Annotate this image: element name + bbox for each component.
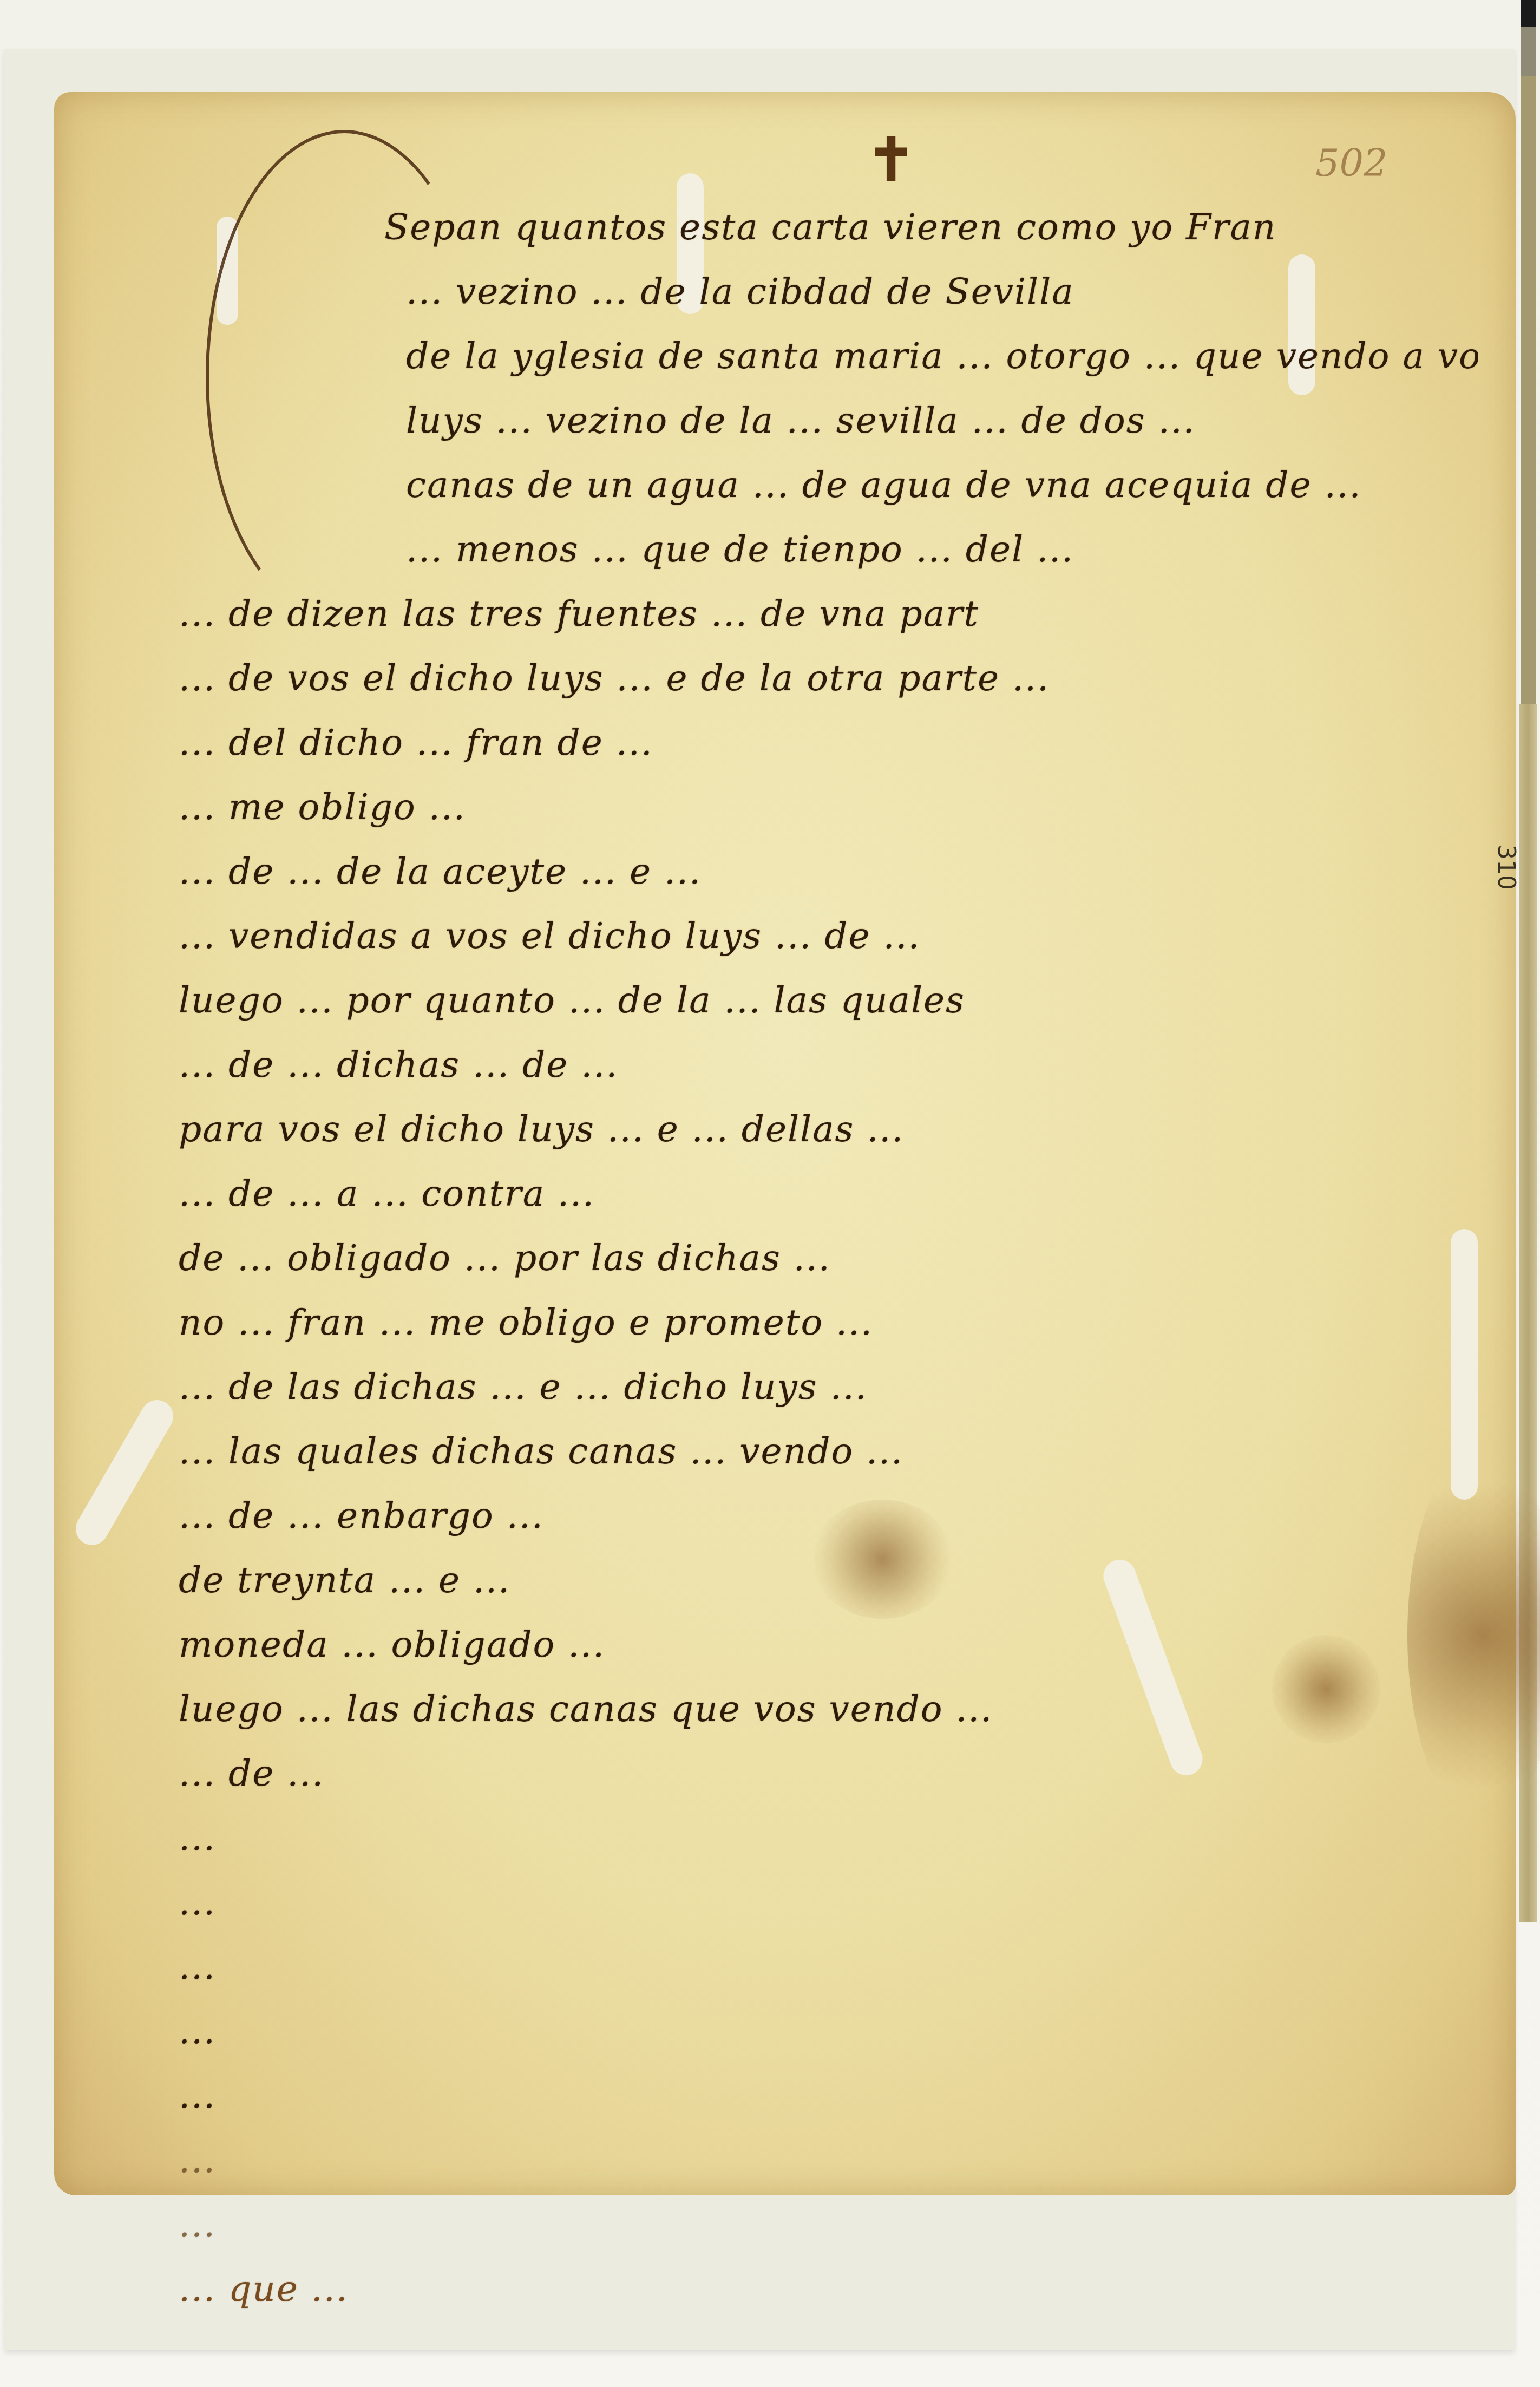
- folio-mark-top: 502: [1315, 141, 1388, 185]
- ms-line: ... de ... de la aceyte ... e ...: [179, 839, 1478, 904]
- ms-line: luego ... las dichas canas que vos vendo…: [179, 1677, 1478, 1741]
- ms-line: ... de ... enbargo ...: [179, 1483, 1478, 1548]
- ms-line: ...: [179, 1999, 1478, 2063]
- ms-line: luys ... vezino de la ... sevilla ... de…: [179, 388, 1478, 453]
- ms-line: ...: [179, 1806, 1478, 1870]
- ms-line: ... las quales dichas canas ... vendo ..…: [179, 1419, 1478, 1483]
- ms-line: ... vezino ... de la cibdad de Sevilla: [179, 259, 1478, 324]
- ms-line: canas de un agua ... de agua de vna aceq…: [179, 453, 1478, 517]
- ms-line: ...: [179, 2192, 1478, 2257]
- ms-line: no ... fran ... me obligo e prometo ...: [179, 1290, 1478, 1355]
- ms-line: ... me obligo ...: [179, 775, 1478, 839]
- ms-line: ... de vos el dicho luys ... e de la otr…: [179, 646, 1478, 710]
- ms-line: ...: [179, 2128, 1478, 2192]
- binding-strip: [1521, 0, 1536, 704]
- paper-loss: [70, 1394, 179, 1551]
- ms-line: ... de ... a ... contra ...: [179, 1161, 1478, 1226]
- ms-line: ... de dizen las tres fuentes ... de vna…: [179, 581, 1478, 646]
- ms-line: ...: [179, 2063, 1478, 2128]
- ms-line: luego ... por quanto ... de la ... las q…: [179, 968, 1478, 1032]
- ms-line: de ... obligado ... por las dichas ...: [179, 1226, 1478, 1290]
- ms-line: ... de ... dichas ... de ...: [179, 1032, 1478, 1097]
- folio-number: 310: [1492, 845, 1520, 890]
- ms-line: ... de las dichas ... e ... dicho luys .…: [179, 1355, 1478, 1419]
- ms-line: moneda ... obligado ...: [179, 1612, 1478, 1677]
- ms-line: ... menos ... que de tienpo ... del ...: [179, 517, 1478, 581]
- ms-line: ...: [179, 1870, 1478, 1934]
- ms-line: ... vendidas a vos el dicho luys ... de …: [179, 904, 1478, 968]
- ms-line: de treynta ... e ...: [179, 1548, 1478, 1612]
- ms-line: ... del dicho ... fran de ...: [179, 710, 1478, 775]
- cross-mark-icon: ✝: [866, 125, 916, 194]
- ms-line: para vos el dicho luys ... e ... dellas …: [179, 1097, 1478, 1161]
- ms-line: Sepan quantos esta carta vieren como yo …: [179, 195, 1478, 259]
- manuscript-text: Sepan quantos esta carta vieren como yo …: [179, 195, 1478, 2321]
- ms-line: ...: [179, 1934, 1478, 1999]
- ms-line: ... de ...: [179, 1741, 1478, 1806]
- ms-line: de la yglesia de santa maria ... otorgo …: [179, 324, 1478, 388]
- ms-line: ... que ...: [179, 2257, 1478, 2321]
